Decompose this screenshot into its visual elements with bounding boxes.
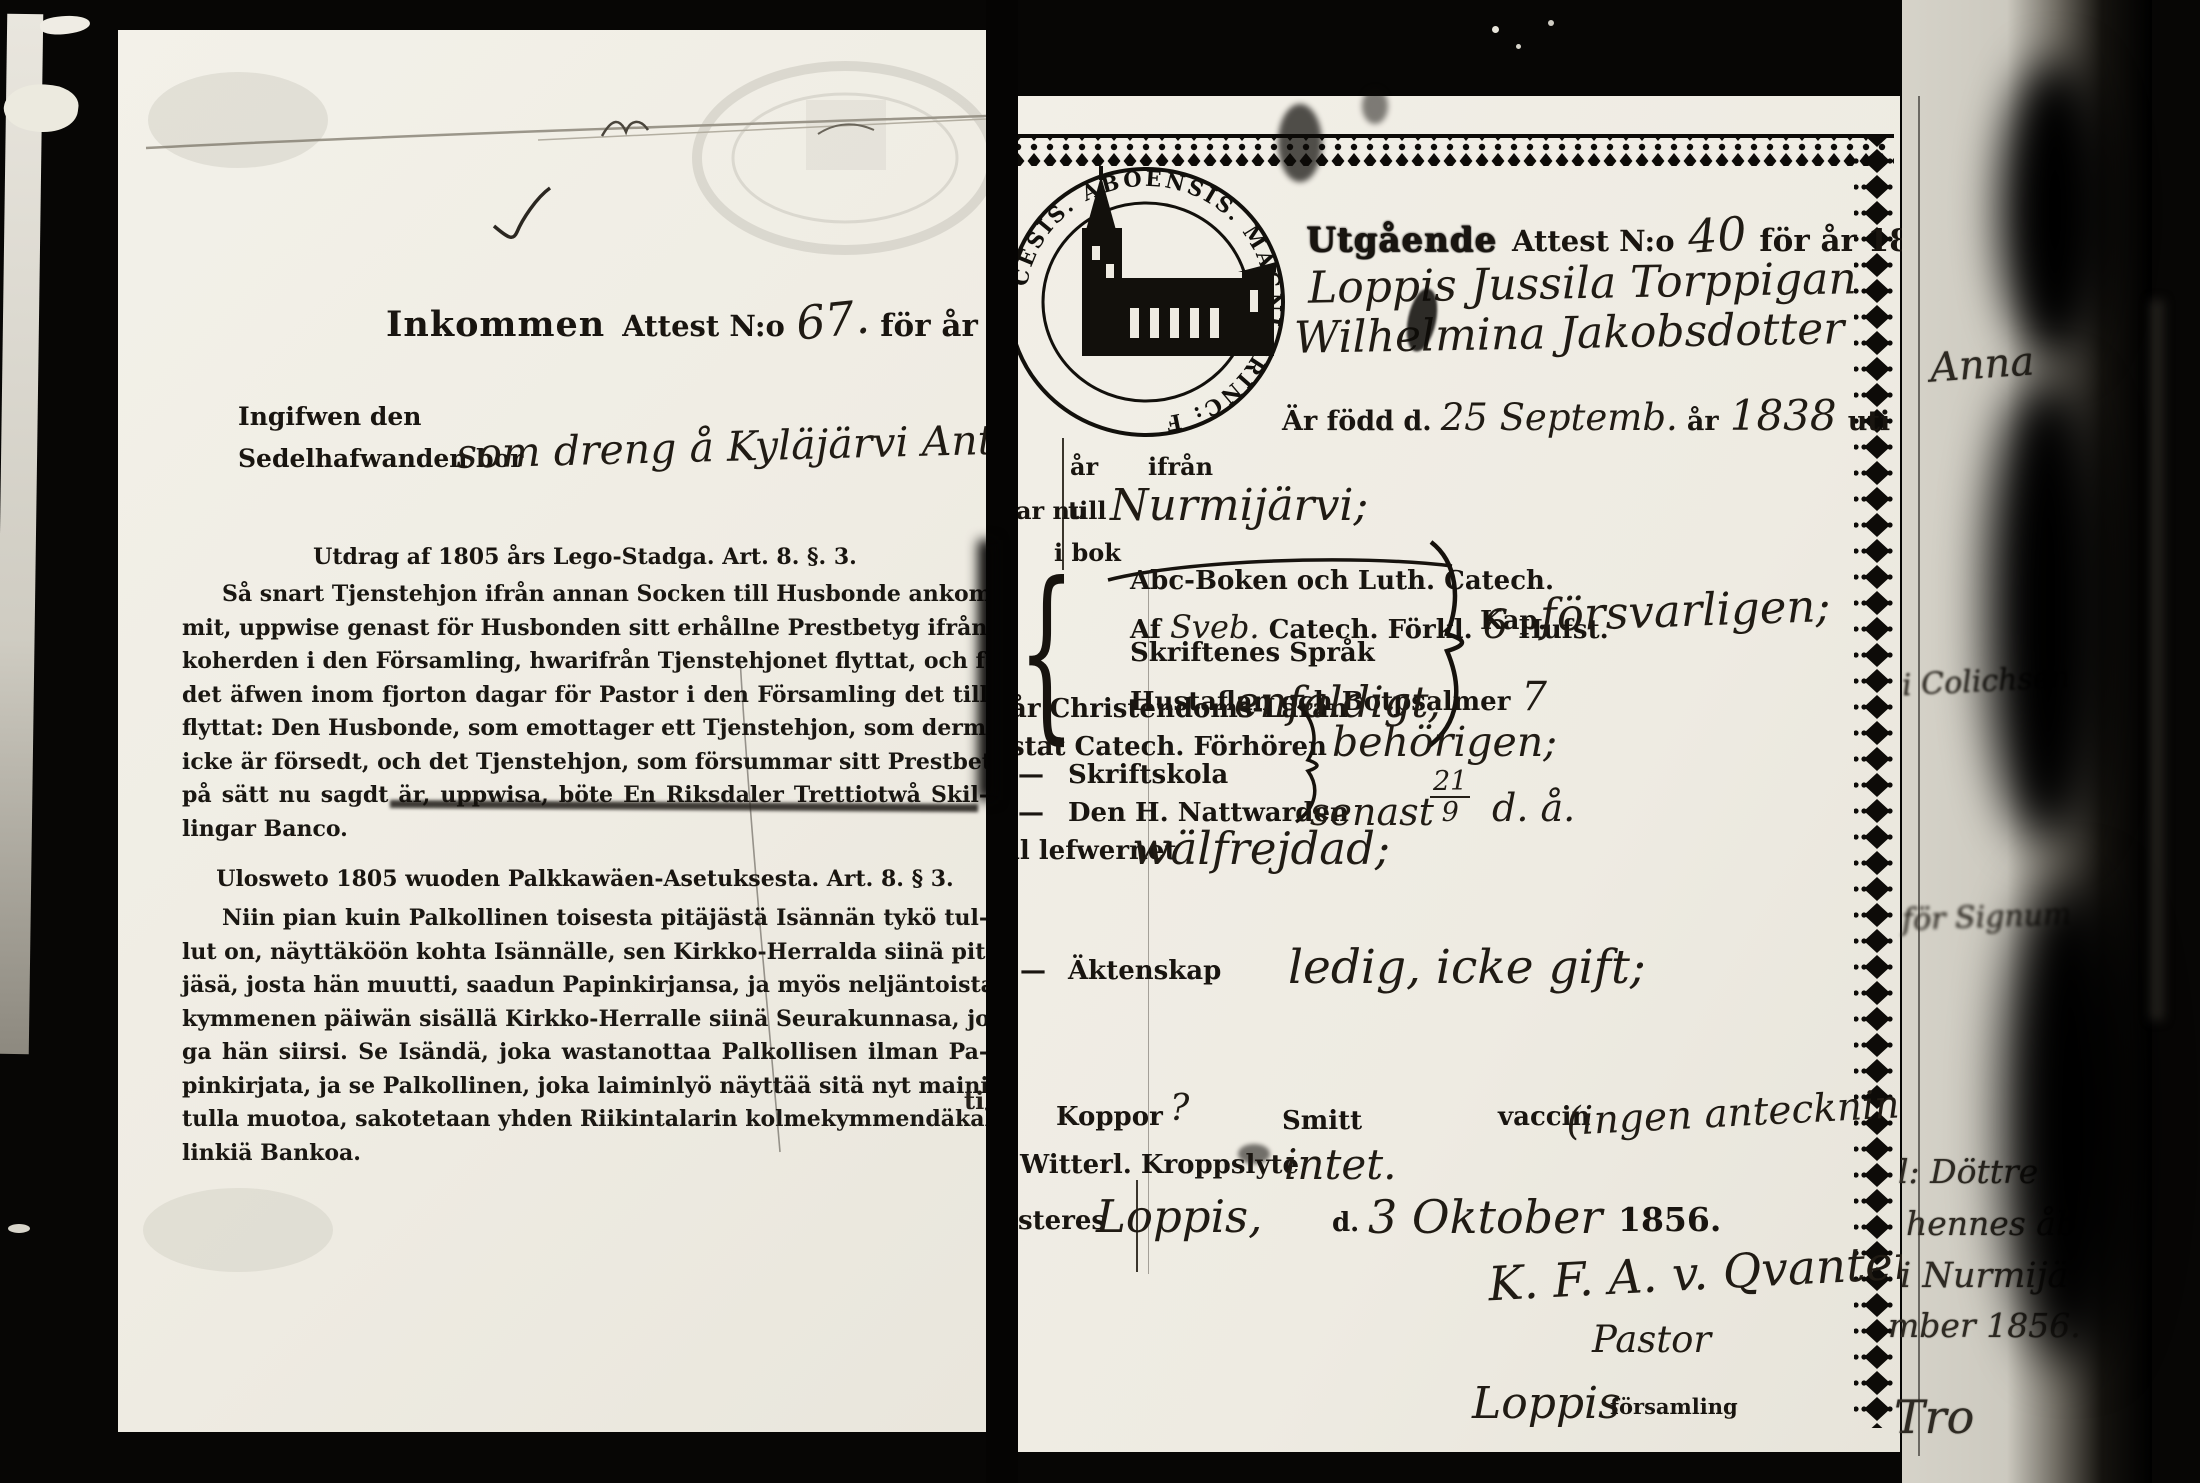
- koppor-label: Koppor: [1056, 1102, 1163, 1132]
- scan-speck: [1492, 26, 1499, 33]
- skriftskola-dash: —: [1018, 760, 1044, 790]
- person-name-line2: Wilhelmina Jakobsdotter: [1294, 303, 1845, 364]
- attest-date-handwritten: 3 Oktober: [1368, 1190, 1602, 1244]
- scanned-record-spread: Inkommen Attest N:o 67. för år 18 56 Ing…: [0, 0, 2200, 1483]
- scan-shadow: [1988, 380, 2108, 840]
- attest-place-handwritten: Loppis,: [1096, 1190, 1262, 1243]
- books-open-brace: {: [1018, 544, 1075, 762]
- scan-shadow: [2000, 60, 2110, 360]
- paper-stain: [143, 1188, 333, 1272]
- attest-year: 1856.: [1618, 1200, 1721, 1239]
- scan-speck: [1548, 20, 1554, 26]
- move-col-ifran: ifrån: [1148, 452, 1213, 481]
- born-year-handwritten: 1838: [1730, 391, 1837, 440]
- nattward-date-fraction: 21 9: [1430, 768, 1470, 826]
- margin-fragment: Anna: [1929, 338, 2036, 391]
- parish-place-handwritten: Loppis: [1472, 1378, 1621, 1429]
- books-grade-handwritten: försvarligen;: [1539, 579, 1831, 642]
- book-item-3: Skriftenes Språk: [1130, 638, 1375, 668]
- paper-stain: [148, 72, 328, 168]
- left-paper-edge-strip: [0, 14, 43, 1054]
- move-destination-handwritten: Nurmijärvi;: [1110, 480, 1368, 531]
- attest-verb-label: steres: [1018, 1206, 1106, 1236]
- signature-title: Pastor: [1592, 1318, 1711, 1361]
- right-attest-header: Utgående Attest N:o 40 för år 18 56.: [1306, 208, 1982, 262]
- born-day-handwritten: 25 Septemb.: [1441, 396, 1678, 439]
- left-page: Inkommen Attest N:o 67. för år 18 56 Ing…: [118, 30, 988, 1432]
- skriftskola-grade-handwritten: behörigen;: [1332, 718, 1557, 766]
- torn-paper-bit: [39, 13, 91, 36]
- header-utgaende: Utgående: [1306, 220, 1497, 260]
- nattward-dash: —: [1018, 798, 1044, 828]
- diocese-seal: CESIS. ABOENSIS. MAGNI PRINC: F: [1000, 160, 1292, 444]
- kroppslyte-label: Witterl. Kroppslyte: [1020, 1150, 1299, 1180]
- catech-forhoren-label: stat Catech. Förhören: [1010, 732, 1327, 762]
- nattward-da-handwritten: d. å.: [1492, 786, 1575, 830]
- book-gutter-bulge: [978, 540, 996, 800]
- ink-smudge: [1278, 104, 1322, 182]
- book-item-1: Abc-Boken och Luth. Catech.: [1130, 566, 1554, 596]
- ink-smudge: [1362, 88, 1388, 124]
- left-page-marks: [118, 30, 988, 1432]
- born-label: Är född d.: [1282, 406, 1432, 437]
- scan-shadow: [2150, 300, 2164, 1020]
- book-item-4-count-handwritten: 7: [1522, 674, 1547, 720]
- marriage-label: Äktenskap: [1068, 956, 1221, 986]
- torn-paper-bit: [8, 1224, 30, 1233]
- born-uti-label: uti: [1848, 406, 1890, 437]
- next-page-fold-line: [1918, 96, 1920, 1456]
- kroppslyte-value-handwritten: intet.: [1284, 1140, 1396, 1189]
- margin-fragment: Tro: [1894, 1390, 1974, 1444]
- books-kap-label: Kap.: [1480, 606, 1547, 636]
- header-attest-no: Attest N:o: [1512, 224, 1675, 258]
- parish-printed-label: församling: [1610, 1394, 1738, 1419]
- scan-speck: [1516, 44, 1521, 49]
- pen-check-mark: [494, 188, 550, 237]
- fraction-denominator: 9: [1430, 798, 1470, 826]
- skriftskola-label: Skriftskola: [1068, 760, 1228, 790]
- move-till: till: [1068, 496, 1106, 525]
- bleed-through-stamp: [697, 66, 988, 250]
- marriage-status-handwritten: ledig, icke gift;: [1288, 940, 1646, 995]
- lace-border-right: [1854, 138, 1894, 1428]
- move-col-ar: år: [1070, 452, 1098, 481]
- born-ar-label: år: [1687, 406, 1719, 437]
- conduct-grade-handwritten: wälfrejdad;: [1132, 822, 1390, 875]
- fraction-numerator: 21: [1430, 768, 1470, 798]
- marriage-dash: —: [1020, 956, 1046, 986]
- koppor-mark-handwritten: ?: [1170, 1088, 1189, 1129]
- smitt-label: Smitt: [1282, 1106, 1362, 1136]
- attest-d-label: d.: [1332, 1208, 1359, 1238]
- scan-shadow: [2005, 880, 2135, 1360]
- right-page: CESIS. ABOENSIS. MAGNI PRINC: F: [1010, 96, 1900, 1452]
- paper-crease: [740, 658, 780, 1152]
